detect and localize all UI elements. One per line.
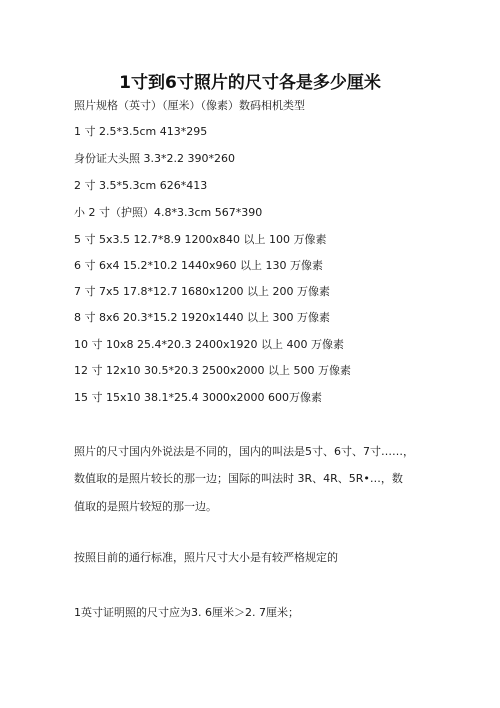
paragraph: 按照目前的通行标准，照片尺寸大小是有较严格规定的 xyxy=(74,549,424,565)
size-row: 2 寸 3.5*5.3cm 626*413 xyxy=(74,177,207,193)
document-title: 1寸到6寸照片的尺寸各是多少厘米 xyxy=(0,68,500,93)
size-row: 6 寸 6x4 15.2*10.2 1440x960 以上 130 万像素 xyxy=(74,257,323,273)
size-row: 1 寸 2.5*3.5cm 413*295 xyxy=(74,123,207,139)
size-row: 12 寸 12x10 30.5*20.3 2500x2000 以上 500 万像… xyxy=(74,362,351,378)
table-header-row: 照片规格（英寸）（厘米）（像素）数码相机类型 xyxy=(74,97,305,113)
size-row: 5 寸 5x3.5 12.7*8.9 1200x840 以上 100 万像素 xyxy=(74,231,326,247)
size-row: 7 寸 7x5 17.8*12.7 1680x1200 以上 200 万像素 xyxy=(74,283,330,299)
paragraph-line: 照片的尺寸国内外说法是不同的，国内的叫法是5寸、6寸、7寸……， xyxy=(74,443,424,459)
size-row: 8 寸 8x6 20.3*15.2 1920x1440 以上 300 万像素 xyxy=(74,309,330,325)
size-row: 身份证大头照 3.3*2.2 390*260 xyxy=(74,150,235,166)
size-row: 15 寸 15x10 38.1*25.4 3000x2000 600万像素 xyxy=(74,389,322,405)
paragraph-line: 值取的是照片较短的那一边。 xyxy=(74,498,424,514)
paragraph-line: 数值取的是照片较长的那一边；国际的叫法时 3R、4R、5R•…，数 xyxy=(74,470,424,486)
size-row: 小 2 寸（护照）4.8*3.3cm 567*390 xyxy=(74,204,262,220)
paragraph: 1英寸证明照的尺寸应为3. 6厘米＞2. 7厘米； xyxy=(74,604,424,620)
size-row: 10 寸 10x8 25.4*20.3 2400x1920 以上 400 万像素 xyxy=(74,336,344,352)
